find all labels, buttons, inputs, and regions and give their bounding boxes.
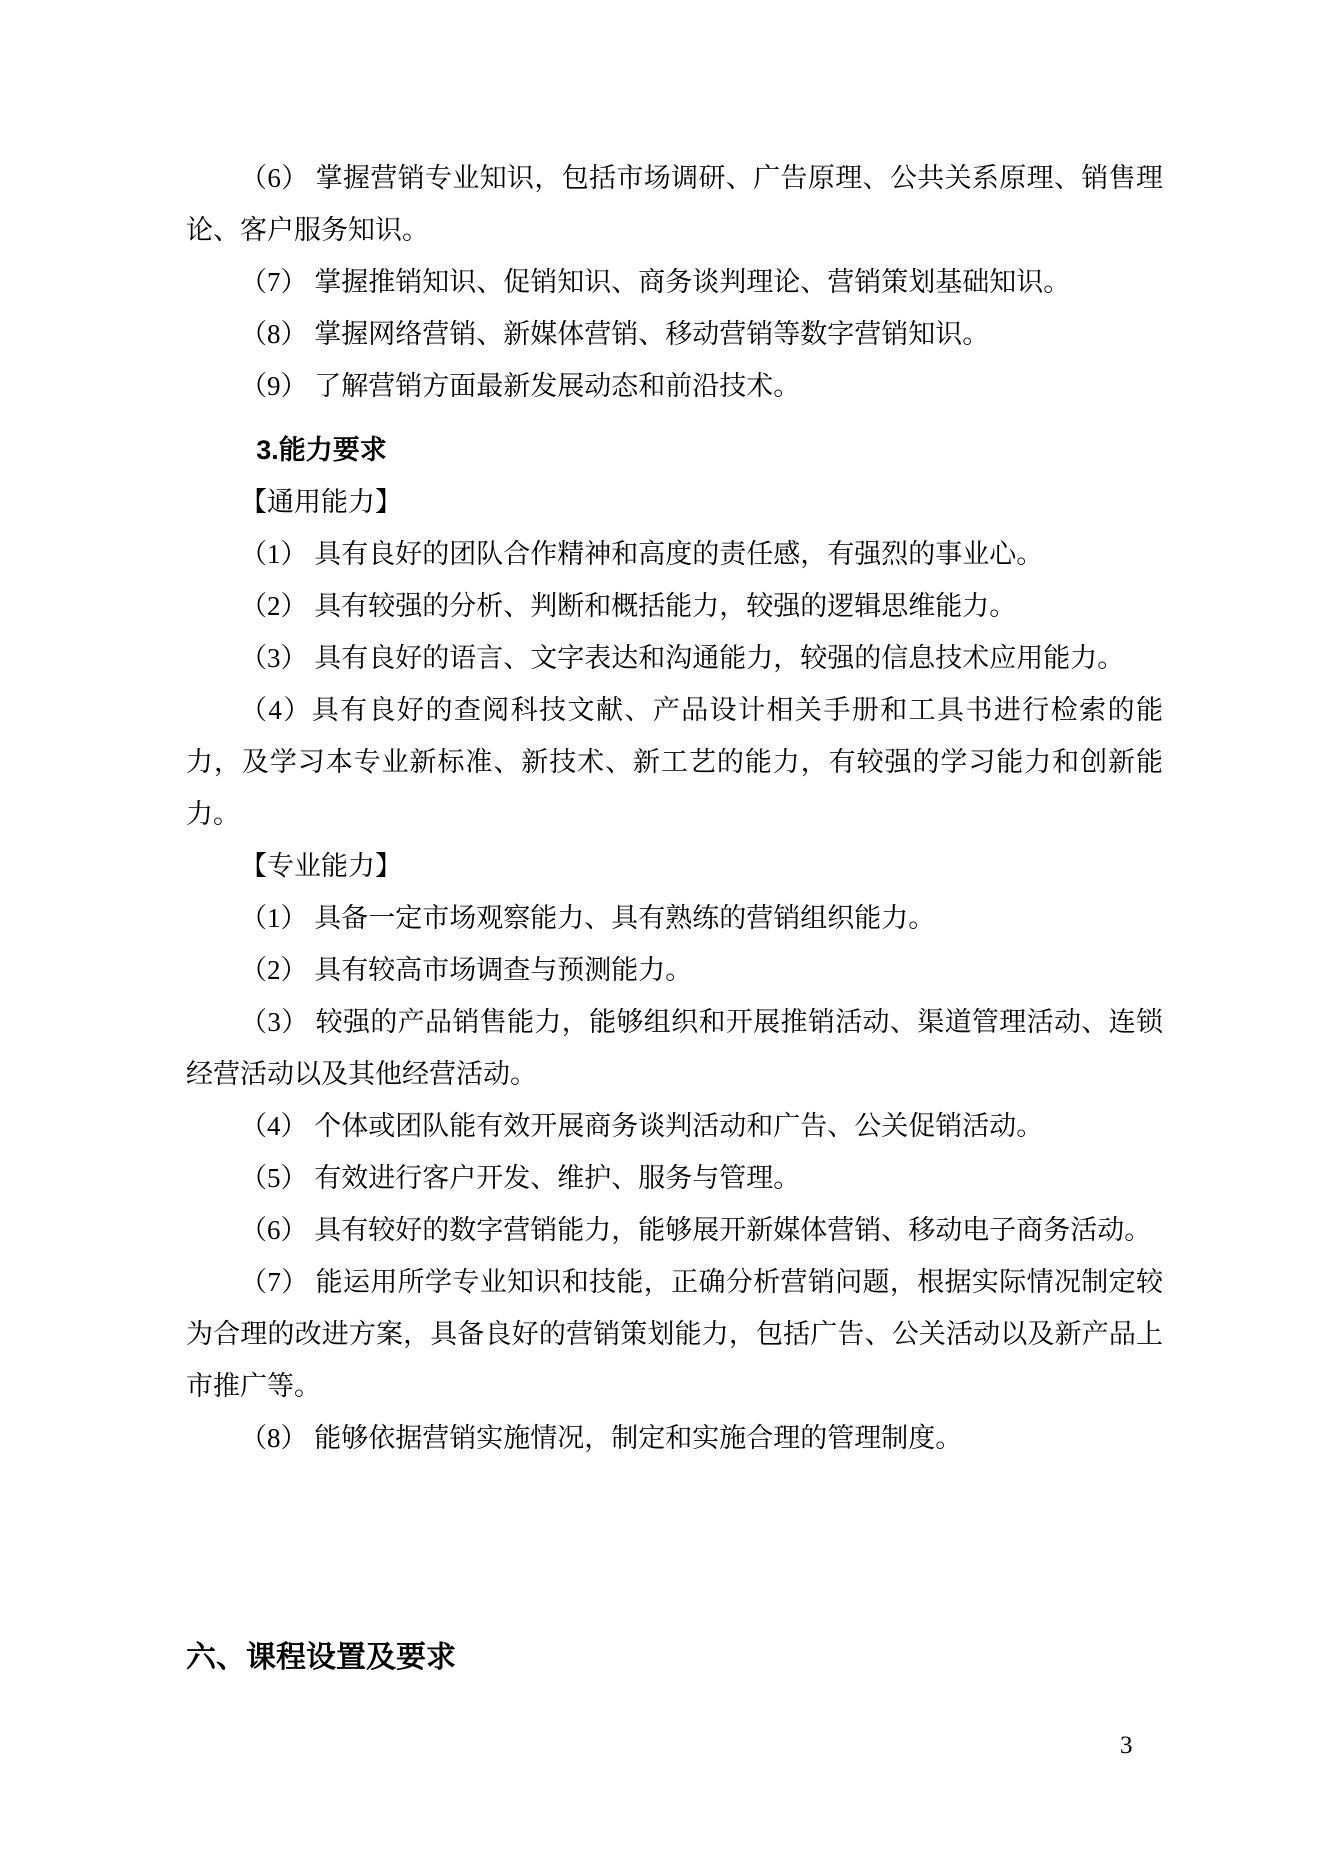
paragraph-professional-6: （6） 具有较好的数字营销能力，能够展开新媒体营销、移动电子商务活动。 <box>186 1204 1163 1256</box>
paragraph-knowledge-9: （9） 了解营销方面最新发展动态和前沿技术。 <box>186 360 1163 412</box>
paragraph-professional-2: （2） 具有较高市场调查与预测能力。 <box>186 944 1163 996</box>
paragraph-professional-5: （5） 有效进行客户开发、维护、服务与管理。 <box>186 1152 1163 1204</box>
paragraph-general-3: （3） 具有良好的语言、文字表达和沟通能力，较强的信息技术应用能力。 <box>186 632 1163 684</box>
document-page: （6） 掌握营销专业知识，包括市场调研、广告原理、公共关系原理、销售理论、客户服… <box>0 0 1323 1871</box>
paragraph-general-4: （4）具有良好的查阅科技文献、产品设计相关手册和工具书进行检索的能力，及学习本专… <box>186 684 1163 840</box>
paragraph-knowledge-6: （6） 掌握营销专业知识，包括市场调研、广告原理、公共关系原理、销售理论、客户服… <box>186 152 1163 256</box>
paragraph-professional-4: （4） 个体或团队能有效开展商务谈判活动和广告、公关促销活动。 <box>186 1100 1163 1152</box>
paragraph-professional-8: （8） 能够依据营销实施情况，制定和实施合理的管理制度。 <box>186 1412 1163 1464</box>
paragraph-professional-3: （3） 较强的产品销售能力，能够组织和开展推销活动、渠道管理活动、连锁经营活动以… <box>186 996 1163 1100</box>
section-heading-curriculum: 六、课程设置及要求 <box>186 1640 456 1676</box>
label-professional-ability: 【专业能力】 <box>186 840 1163 892</box>
paragraph-knowledge-8: （8） 掌握网络营销、新媒体营销、移动营销等数字营销知识。 <box>186 308 1163 360</box>
document-body: （6） 掌握营销专业知识，包括市场调研、广告原理、公共关系原理、销售理论、客户服… <box>186 152 1163 1464</box>
page-number: 3 <box>1120 1732 1133 1760</box>
paragraph-general-2: （2） 具有较强的分析、判断和概括能力，较强的逻辑思维能力。 <box>186 580 1163 632</box>
paragraph-general-1: （1） 具有良好的团队合作精神和高度的责任感，有强烈的事业心。 <box>186 528 1163 580</box>
paragraph-professional-7: （7） 能运用所学专业知识和技能，正确分析营销问题，根据实际情况制定较为合理的改… <box>186 1256 1163 1412</box>
subsection-heading-ability-requirements: 3.能力要求 <box>186 424 1163 476</box>
paragraph-knowledge-7: （7） 掌握推销知识、促销知识、商务谈判理论、营销策划基础知识。 <box>186 256 1163 308</box>
label-general-ability: 【通用能力】 <box>186 476 1163 528</box>
paragraph-professional-1: （1） 具备一定市场观察能力、具有熟练的营销组织能力。 <box>186 892 1163 944</box>
